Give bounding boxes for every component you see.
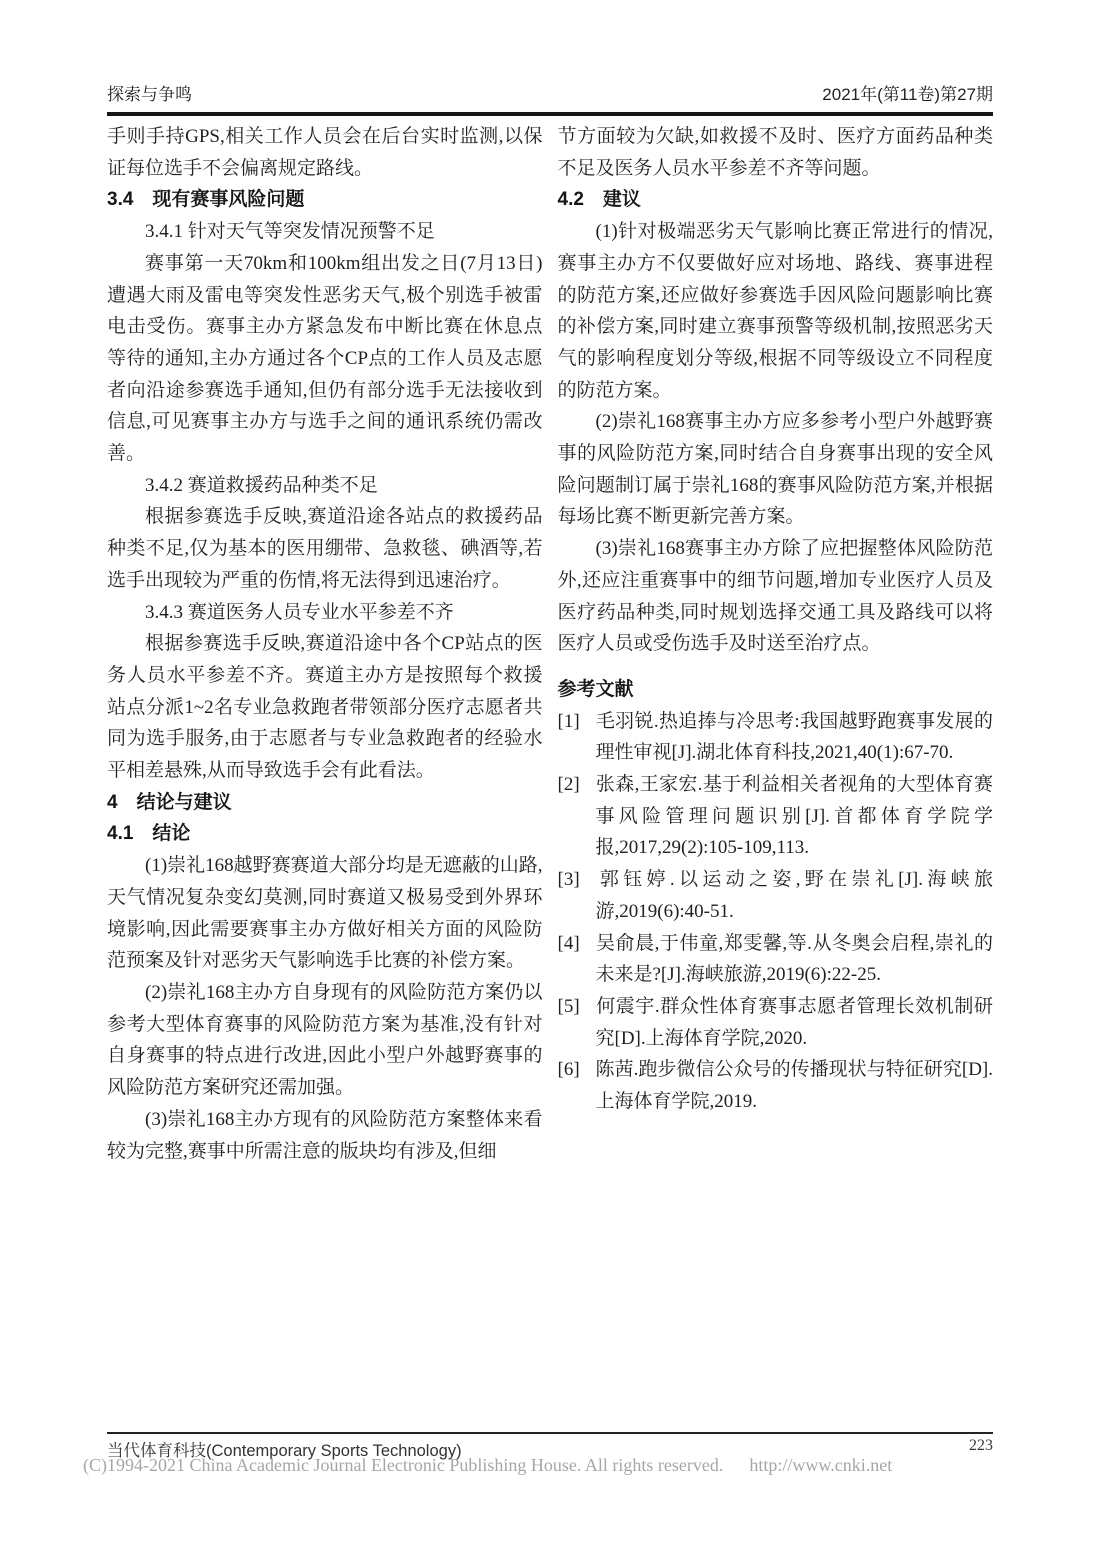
header-issue: 2021年(第11卷)第27期 (822, 80, 993, 105)
right-column: 节方面较为欠缺,如救援不及时、医疗方面药品种类不足及医务人员水平参差不齐等问题。… (558, 121, 994, 1167)
reference-text: 陈茜.跑步微信公众号的传播现状与特征研究[D].上海体育学院,2019. (596, 1059, 994, 1112)
section-heading-4-2: 4.2 建议 (558, 184, 994, 216)
paragraph: (2)崇礼168赛事主办方应多参考小型户外越野赛事的风险防范方案,同时结合自身赛… (558, 406, 994, 533)
reference-label: [4] (558, 928, 588, 960)
header-journal-section: 探索与争鸣 (107, 80, 192, 105)
reference-item: [3]郭钰婷.以运动之姿,野在崇礼[J].海峡旅游,2019(6):40-51. (558, 864, 994, 927)
paragraph: 节方面较为欠缺,如救援不及时、医疗方面药品种类不足及医务人员水平参差不齐等问题。 (558, 121, 994, 184)
section-heading-3-4: 3.4 现有赛事风险问题 (107, 184, 543, 216)
paragraph: (1)崇礼168越野赛赛道大部分均是无遮蔽的山路,天气情况复杂变幻莫测,同时赛道… (107, 850, 543, 977)
reference-list: [1]毛羽锐.热追捧与冷思考:我国越野跑赛事发展的理性审视[J].湖北体育科技,… (558, 706, 994, 1118)
reference-text: 吴俞晨,于伟童,郑雯馨,等.从冬奥会启程,崇礼的未来是?[J].海峡旅游,201… (596, 933, 994, 986)
left-column: 手则手持GPS,相关工作人员会在后台实时监测,以保证每位选手不会偏离规定路线。 … (107, 121, 543, 1167)
paragraph: 赛事第一天70km和100km组出发之日(7月13日)遭遇大雨及雷电等突发性恶劣… (107, 248, 543, 470)
footer-page-number: 223 (969, 1437, 993, 1455)
paragraph: 根据参赛选手反映,赛道沿途各站点的救援药品种类不足,仅为基本的医用绷带、急救毯、… (107, 501, 543, 596)
article-body: 手则手持GPS,相关工作人员会在后台实时监测,以保证每位选手不会偏离规定路线。 … (107, 121, 993, 1167)
paragraph: (3)崇礼168主办方现有的风险防范方案整体来看较为完整,赛事中所需注意的版块均… (107, 1104, 543, 1167)
reference-text: 何震宇.群众性体育赛事志愿者管理长效机制研究[D].上海体育学院,2020. (596, 996, 994, 1049)
reference-item: [1]毛羽锐.热追捧与冷思考:我国越野跑赛事发展的理性审视[J].湖北体育科技,… (558, 706, 994, 769)
reference-label: [2] (558, 769, 588, 801)
paragraph: 根据参赛选手反映,赛道沿途中各个CP站点的医务人员水平参差不齐。赛道主办方是按照… (107, 628, 543, 787)
cnki-url: http://www.cnki.net (749, 1455, 892, 1475)
subsection-heading-3-4-3: 3.4.3 赛道医务人员专业水平参差不齐 (107, 597, 543, 629)
section-heading-4: 4 结论与建议 (107, 787, 543, 819)
reference-text: 毛羽锐.热追捧与冷思考:我国越野跑赛事发展的理性审视[J].湖北体育科技,202… (596, 711, 994, 764)
references-heading: 参考文献 (558, 674, 994, 706)
paragraph: (1)针对极端恶劣天气影响比赛正常进行的情况,赛事主办方不仅要做好应对场地、路线… (558, 216, 994, 406)
page-header: 探索与争鸣 2021年(第11卷)第27期 (107, 80, 993, 105)
reference-label: [1] (558, 706, 588, 738)
cnki-copyright-watermark: (C)1994-2021 China Academic Journal Elec… (83, 1455, 1083, 1476)
subsection-heading-3-4-2: 3.4.2 赛道救援药品种类不足 (107, 470, 543, 502)
header-rule (107, 112, 993, 116)
paragraph: 手则手持GPS,相关工作人员会在后台实时监测,以保证每位选手不会偏离规定路线。 (107, 121, 543, 184)
reference-label: [3] (558, 864, 588, 896)
reference-text: 郭钰婷.以运动之姿,野在崇礼[J].海峡旅游,2019(6):40-51. (596, 869, 994, 922)
copyright-text: (C)1994-2021 China Academic Journal Elec… (83, 1455, 723, 1475)
reference-label: [6] (558, 1054, 588, 1086)
paragraph: (2)崇礼168主办方自身现有的风险防范方案仍以参考大型体育赛事的风险防范方案为… (107, 977, 543, 1104)
reference-item: [4]吴俞晨,于伟童,郑雯馨,等.从冬奥会启程,崇礼的未来是?[J].海峡旅游,… (558, 928, 994, 991)
reference-item: [6]陈茜.跑步微信公众号的传播现状与特征研究[D].上海体育学院,2019. (558, 1054, 994, 1117)
reference-label: [5] (558, 991, 588, 1023)
section-heading-4-1: 4.1 结论 (107, 818, 543, 850)
paragraph: (3)崇礼168赛事主办方除了应把握整体风险防范外,还应注重赛事中的细节问题,增… (558, 533, 994, 660)
subsection-heading-3-4-1: 3.4.1 针对天气等突发情况预警不足 (107, 216, 543, 248)
footer-rule (107, 1432, 993, 1434)
reference-item: [5]何震宇.群众性体育赛事志愿者管理长效机制研究[D].上海体育学院,2020… (558, 991, 994, 1054)
reference-text: 张森,王家宏.基于利益相关者视角的大型体育赛事风险管理问题识别[J].首都体育学… (596, 774, 994, 858)
reference-item: [2]张森,王家宏.基于利益相关者视角的大型体育赛事风险管理问题识别[J].首都… (558, 769, 994, 864)
